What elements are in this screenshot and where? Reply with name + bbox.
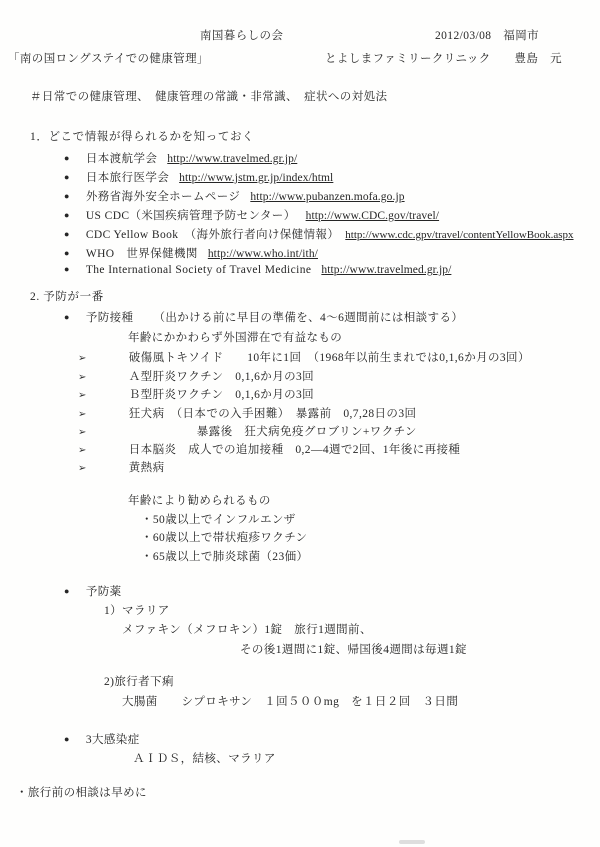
- bullet-icon: ●: [64, 312, 70, 322]
- source-link[interactable]: http://www.cdc.gpv/travel/contentYellowB…: [345, 229, 573, 241]
- section1-heading: 1．どこで情報が得られるかを知っておく: [30, 128, 254, 144]
- source-link[interactable]: http://www.pubanzen.mofa.go.jp: [250, 191, 404, 203]
- malaria-heading: 1）マラリア: [104, 602, 170, 618]
- vaccine-item: ➢狂犬病 （日本での入手困難） 暴露前 0,7,28日の3回: [78, 405, 416, 421]
- source-label: WHO 世界保健機関: [86, 248, 198, 260]
- arrow-icon: ➢: [78, 427, 87, 438]
- source-label: 日本渡航学会: [86, 153, 157, 165]
- diarrhea-heading: 2)旅行者下痢: [104, 673, 174, 689]
- vaccine-text: 日本脳炎 成人での追加接種 0,2―4週で2回、1年後に再接種: [129, 444, 461, 456]
- clinic-author: とよしまファミリークリニック 豊島 元: [325, 50, 562, 66]
- age-item: ・65歳以上で肺炎球菌（23価）: [141, 548, 308, 564]
- bullet-icon: ●: [64, 153, 70, 163]
- source-link[interactable]: http://www.travelmed.gr.jp/: [321, 264, 451, 276]
- infections-label: 3大感染症: [86, 734, 140, 746]
- arrow-icon: ➢: [78, 409, 87, 420]
- infections-bullet-line: ●3大感染症: [64, 731, 140, 747]
- arrow-icon: ➢: [78, 353, 87, 364]
- vaccination-label: 予防接種: [86, 312, 134, 324]
- bullet-icon: ●: [64, 264, 70, 274]
- vaccine-item: ➢黄熱病: [78, 459, 164, 475]
- scan-artifact: [399, 840, 425, 844]
- source-link[interactable]: http://www.travelmed.gr.jp/: [167, 153, 297, 165]
- source-label: CDC Yellow Book （海外旅行者向け保健情報）: [86, 229, 339, 241]
- vaccine-text: 破傷風トキソイド 10年に1回 （1968年以前生まれでは0,1,6か月の3回）: [129, 352, 530, 364]
- footer-note: ・旅行前の相談は早めに: [16, 784, 147, 800]
- bullet-icon: ●: [64, 191, 70, 201]
- source-label: 日本旅行医学会: [86, 172, 169, 184]
- vaccine-item: ➢Ｂ型肝炎ワクチン 0,1,6か月の3回: [78, 386, 314, 402]
- age-item: ・50歳以上でインフルエンザ: [141, 511, 296, 527]
- vaccine-text: 黄熱病: [129, 462, 165, 474]
- list-item: ●日本旅行医学会http://www.jstm.gr.jp/index/html: [64, 169, 333, 185]
- date-city: 2012/03/08 福岡市: [435, 27, 539, 43]
- list-item: ●The International Society of Travel Med…: [64, 264, 451, 276]
- infections-line: ＡＩＤＳ，結核、マラリア: [133, 750, 276, 766]
- drugs-label: 予防薬: [86, 586, 122, 598]
- universal-heading: 年齢にかかわらず外国滞在で有益なもの: [128, 329, 342, 345]
- vaccination-bullet-line: ●予防接種（出かける前に早目の準備を、4～6週間前には相談する）: [64, 309, 463, 325]
- diarrhea-line: 大腸菌 シプロキサン １回５００mg を１日２回 ３日間: [122, 693, 458, 709]
- vaccine-text: 狂犬病 （日本での入手困難） 暴露前 0,7,28日の3回: [129, 408, 417, 420]
- bullet-icon: ●: [64, 229, 70, 239]
- arrow-icon: ➢: [78, 390, 87, 401]
- topics-line: ＃日常での健康管理、 健康管理の常識・非常識、 症状への対処法: [30, 88, 387, 104]
- vaccine-item: ➢破傷風トキソイド 10年に1回 （1968年以前生まれでは0,1,6か月の3回…: [78, 349, 530, 365]
- list-item: ●WHO 世界保健機関http://www.who.int/ith/: [64, 245, 318, 261]
- source-link[interactable]: http://www.CDC.gov/travel/: [306, 210, 439, 222]
- org-name: 南国暮らしの会: [200, 27, 283, 43]
- source-link[interactable]: http://www.jstm.gr.jp/index/html: [179, 172, 333, 184]
- vaccine-item: ➢暴露後 狂犬病免疫グロブリン+ワクチン: [78, 423, 417, 439]
- list-item: ●US CDC（米国疾病管理予防センター）http://www.CDC.gov/…: [64, 207, 439, 223]
- bullet-icon: ●: [64, 172, 70, 182]
- vaccine-item: ➢日本脳炎 成人での追加接種 0,2―4週で2回、1年後に再接種: [78, 441, 460, 457]
- bullet-icon: ●: [64, 586, 70, 596]
- bullet-icon: ●: [64, 248, 70, 258]
- source-label: US CDC（米国疾病管理予防センター）: [86, 210, 296, 222]
- malaria-line1: メファキン（メフロキン）1錠 旅行1週間前、: [122, 621, 372, 637]
- arrow-icon: ➢: [78, 372, 87, 383]
- list-item: ●日本渡航学会http://www.travelmed.gr.jp/: [64, 150, 297, 166]
- malaria-line2: その後1週間に1錠、帰国後4週間は毎週1錠: [240, 641, 467, 657]
- bullet-icon: ●: [64, 210, 70, 220]
- source-link[interactable]: http://www.who.int/ith/: [208, 248, 318, 260]
- scanned-document-page: 南国暮らしの会 2012/03/08 福岡市 「南の国ロングステイでの健康管理」…: [0, 0, 600, 847]
- vaccine-item: ➢Ａ型肝炎ワクチン 0,1,6か月の3回: [78, 368, 314, 384]
- list-item: ●外務省海外安全ホームページhttp://www.pubanzen.mofa.g…: [64, 188, 405, 204]
- vaccine-text: 暴露後 狂犬病免疫グロブリン+ワクチン: [197, 426, 417, 438]
- drugs-bullet-line: ●予防薬: [64, 583, 122, 599]
- source-label: The International Society of Travel Medi…: [86, 264, 312, 276]
- age-heading: 年齢により勧められるもの: [128, 492, 271, 508]
- vaccine-text: Ｂ型肝炎ワクチン 0,1,6か月の3回: [129, 389, 314, 401]
- age-item: ・60歳以上で帯状疱疹ワクチン: [141, 529, 307, 545]
- source-label: 外務省海外安全ホームページ: [86, 191, 240, 203]
- arrow-icon: ➢: [78, 445, 87, 456]
- vaccination-note: （出かける前に早目の準備を、4～6週間前には相談する）: [153, 312, 463, 324]
- section2-heading: 2. 予防が一番: [30, 288, 104, 304]
- vaccine-text: Ａ型肝炎ワクチン 0,1,6か月の3回: [129, 371, 314, 383]
- bullet-icon: ●: [64, 734, 70, 744]
- document-title: 「南の国ロングステイでの健康管理」: [8, 50, 209, 66]
- list-item: ●CDC Yellow Book （海外旅行者向け保健情報）http://www…: [64, 226, 574, 242]
- arrow-icon: ➢: [78, 463, 87, 474]
